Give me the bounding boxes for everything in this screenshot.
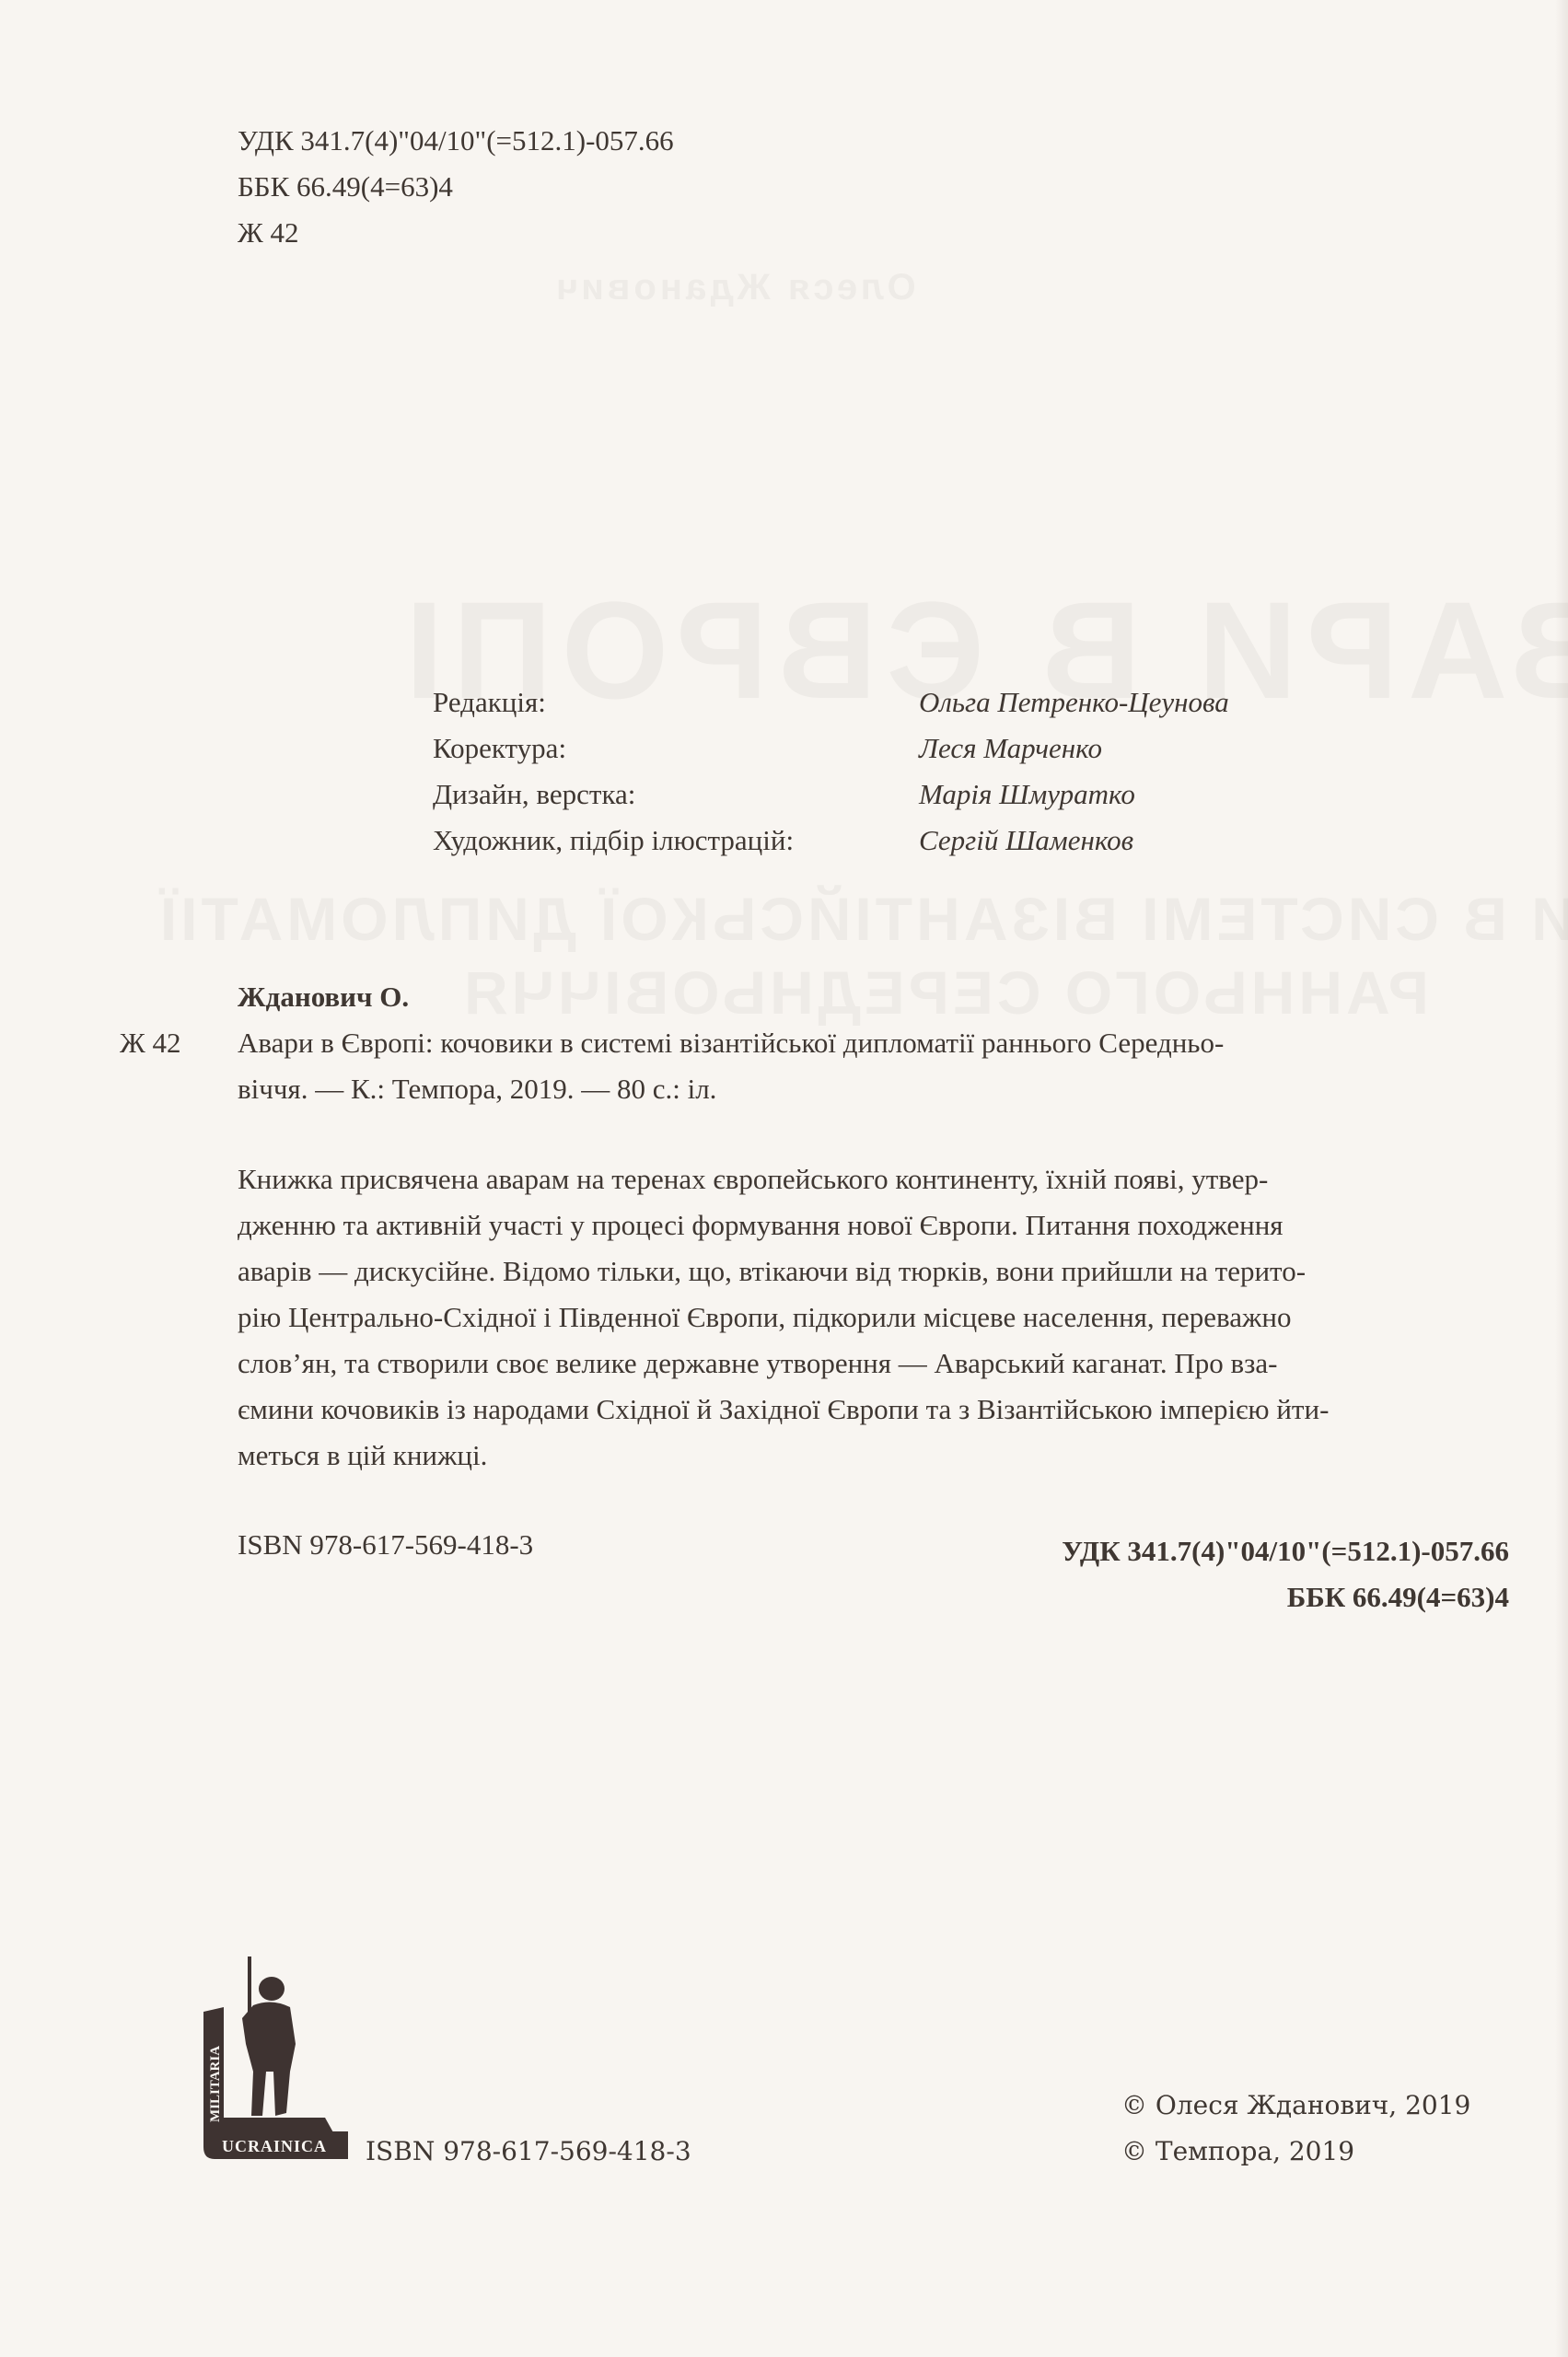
credit-row: Художник, підбір ілюстрацій: Сергій Шаме… [433,818,1229,864]
credit-role: Дизайн, верстка: [433,772,919,818]
classification-bottom: УДК 341.7(4)"04/10"(=512.1)-057.66 ББК 6… [1062,1528,1509,1620]
page-edge-shadow [1555,0,1568,2357]
biblio-title: Авари в Європі: кочовики в системі візан… [238,1020,1224,1066]
credit-row: Дизайн, верстка: Марія Шмуратко [433,772,1229,818]
udk-code-bold: УДК 341.7(4)"04/10"(=512.1)-057.66 [1062,1528,1509,1574]
bbk-code-bold: ББК 66.49(4=63)4 [1062,1574,1509,1620]
credit-row: Редакція: Ольга Петренко-Цеунова [433,679,1229,726]
logo-horizontal-text: UCRAINICA [222,2137,327,2155]
biblio-code: Ж 42 [120,1020,238,1066]
abstract-line: аварів — дискусійне. Відомо тільки, що, … [238,1248,1519,1295]
credit-role: Художник, підбір ілюстрацій: [433,818,919,864]
abstract-line: Книжка присвячена аварам на теренах євро… [238,1156,1519,1202]
abstract-line: рію Центрально-Східної і Південної Європ… [238,1295,1519,1341]
classification-top: УДК 341.7(4)"04/10"(=512.1)-057.66 ББК 6… [238,118,674,256]
abstract: Книжка присвячена аварам на теренах євро… [238,1156,1519,1479]
copyright-author: © Олеся Жданович, 2019 [1121,2083,1470,2129]
credit-name: Марія Шмуратко [919,772,1135,818]
biblio-author: Жданович О. [238,974,1519,1020]
copyright-block: © Олеся Жданович, 2019 © Темпора, 2019 [1121,2083,1470,2175]
abstract-line: дженню та активній участі у процесі форм… [238,1202,1519,1248]
publisher-logo: MILITARIA UCRAINICA [187,1933,353,2164]
isbn: ISBN 978-617-569-418-3 [238,1528,533,1562]
abstract-line: ємини кочовиків із народами Східної й За… [238,1387,1519,1433]
logo-vertical-text: MILITARIA [208,2046,223,2122]
bibliographic-entry: Жданович О. Ж 42 Авари в Європі: кочовик… [120,974,1519,1112]
author-mark: Ж 42 [238,210,674,256]
credit-name: Сергій Шаменков [919,818,1133,864]
copyright-publisher: © Темпора, 2019 [1121,2129,1470,2175]
udk-code: УДК 341.7(4)"04/10"(=512.1)-057.66 [238,118,674,164]
soldier-silhouette-icon: MILITARIA UCRAINICA [187,1933,353,2164]
abstract-line: слов’ян, та створили своє велике державн… [238,1341,1519,1387]
credit-name: Леся Марченко [919,726,1102,772]
credit-row: Коректура: Леся Марченко [433,726,1229,772]
credits-list: Редакція: Ольга Петренко-Цеунова Коректу… [433,679,1229,864]
bbk-code: ББК 66.49(4=63)4 [238,164,674,210]
bleed-through-subtitle-1: КОЧОВИКИ В СИСТЕМІ ВІЗАНТІЙСЬКОЇ ДИПЛОМА… [157,884,1568,954]
credit-name: Ольга Петренко-Цеунова [919,679,1229,726]
isbn-footer: ISBN 978-617-569-418-3 [366,2136,691,2166]
credit-role: Редакція: [433,679,919,726]
abstract-line: меться в цій книжці. [238,1433,1519,1479]
bleed-through-author: Олеся Жданович [552,267,916,308]
biblio-title-continuation: віччя. — К.: Темпора, 2019. — 80 с.: іл. [238,1066,1519,1112]
biblio-title-row: Ж 42 Авари в Європі: кочовики в системі … [120,1020,1519,1066]
credit-role: Коректура: [433,726,919,772]
